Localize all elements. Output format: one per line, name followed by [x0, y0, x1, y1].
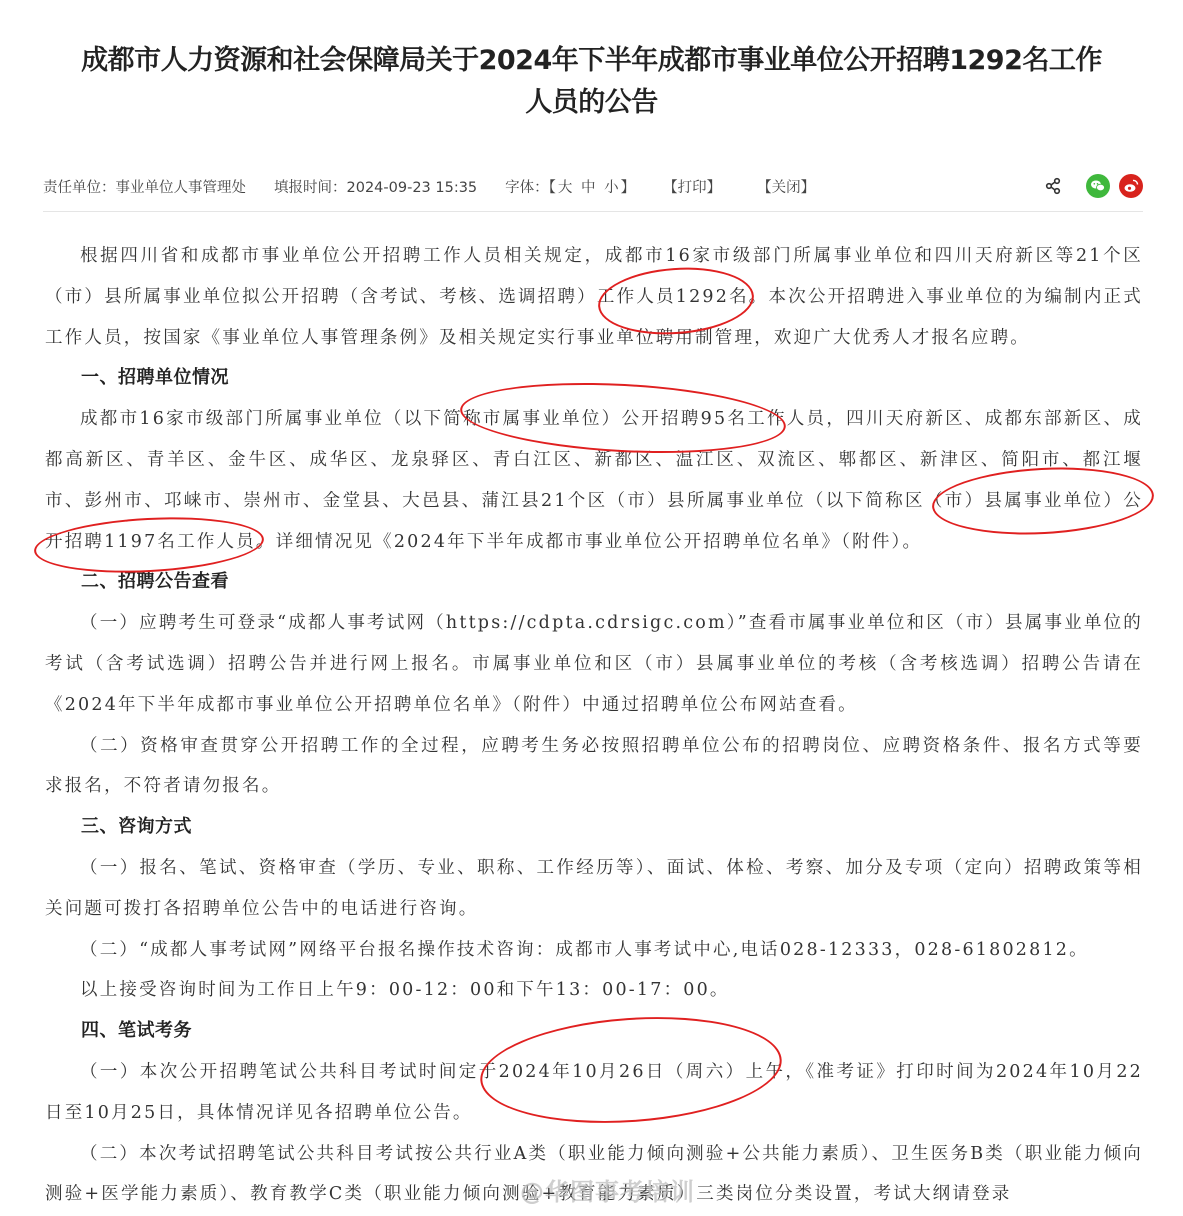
section-3-paragraph-3: 以上接受咨询时间为工作日上午9：00-12：00和下午13：00-17：00。 — [45, 970, 1143, 1011]
section-3-paragraph-1: （一）报名、笔试、资格审查（学历、专业、职称、工作经历等）、面试、体检、考察、加… — [45, 848, 1143, 930]
print-button[interactable]: 【打印】 — [663, 176, 721, 197]
weibo-icon[interactable] — [1119, 174, 1143, 198]
department-label: 责任单位：事业单位人事管理处 — [43, 176, 246, 197]
font-size-large[interactable]: 大 — [558, 180, 573, 196]
meta-divider — [43, 211, 1143, 212]
close-button[interactable]: 【关闭】 — [757, 176, 815, 197]
section-3-heading: 三、咨询方式 — [45, 807, 1143, 848]
font-size-medium[interactable]: 中 — [581, 180, 596, 196]
wechat-icon[interactable] — [1086, 174, 1110, 198]
article-body: 根据四川省和成都市事业单位公开招聘工作人员相关规定，成都市16家市级部门所属事业… — [45, 236, 1143, 1215]
publish-date: 填报时间：2024-09-23 15:35 — [274, 176, 477, 197]
title-line-2: 人员的公告 — [0, 82, 1183, 124]
share-icon[interactable] — [1043, 176, 1063, 196]
article-meta-bar: 责任单位：事业单位人事管理处 填报时间：2024-09-23 15:35 字体：… — [43, 172, 1143, 200]
font-size-small[interactable]: 小 — [604, 180, 619, 196]
intro-paragraph: 根据四川省和成都市事业单位公开招聘工作人员相关规定，成都市16家市级部门所属事业… — [45, 236, 1143, 358]
title-line-1: 成都市人力资源和社会保障局关于2024年下半年成都市事业单位公开招聘1292名工… — [0, 40, 1183, 82]
article-title: 成都市人力资源和社会保障局关于2024年下半年成都市事业单位公开招聘1292名工… — [0, 40, 1183, 124]
section-2-paragraph-2: （二）资格审查贯穿公开招聘工作的全过程，应聘考生务必按照招聘单位公布的招聘岗位、… — [45, 726, 1143, 808]
section-4-heading: 四、笔试考务 — [45, 1011, 1143, 1052]
section-2-heading: 二、招聘公告查看 — [45, 562, 1143, 603]
section-1-paragraph: 成都市16家市级部门所属事业单位（以下简称市属事业单位）公开招聘95名工作人员，… — [45, 399, 1143, 562]
section-4-paragraph-1: （一）本次公开招聘笔试公共科目考试时间定于2024年10月26日（周六）上午，《… — [45, 1052, 1143, 1134]
font-size-label: 字体： — [505, 180, 549, 196]
section-2-paragraph-1: （一）应聘考生可登录“成都人事考试网（https://cdpta.cdrsigc… — [45, 603, 1143, 725]
section-4-paragraph-2: （二）本次考试招聘笔试公共科目考试按公共行业A类（职业能力倾向测验+公共能力素质… — [45, 1134, 1143, 1216]
section-3-paragraph-2: （二）“成都人事考试网”网络平台报名操作技术咨询：成都市人事考试中心,电话028… — [45, 930, 1143, 971]
font-size-switcher: 字体：【大 中 小】 — [505, 176, 635, 197]
section-1-heading: 一、招聘单位情况 — [45, 358, 1143, 399]
